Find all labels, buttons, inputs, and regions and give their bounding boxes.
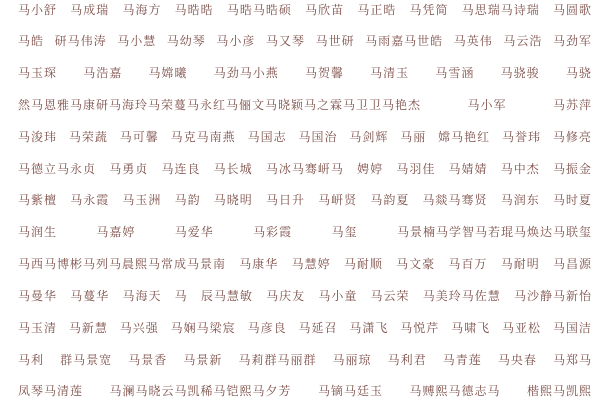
name-group: 马文豪 <box>396 255 435 272</box>
name-group: 马誉玮 <box>502 128 541 145</box>
name-group: 马劲军 <box>553 32 592 49</box>
name-group: 马悦芹 <box>400 319 439 336</box>
name-group: 马海方 <box>122 1 161 18</box>
name-row: 马曼华马蔓华马海天马辰马慧敏马庆友马小童马云荣马美玲马佐慧马沙静马新怡 <box>18 280 592 310</box>
name-group: 马连良 <box>161 160 200 177</box>
name-group: 凤琴马清莲 <box>18 382 83 399</box>
name-group: 马小舒 <box>18 1 57 18</box>
name-group: 马修亮 <box>553 128 592 145</box>
name-group: 马嫦曦 <box>148 64 187 81</box>
name-group: 马国洁 <box>553 319 592 336</box>
name-group: 马岍贤 <box>318 191 357 208</box>
name-group: 马潇飞 <box>349 319 388 336</box>
name-group: 马曼华 <box>18 287 57 304</box>
name-group: 马羽佳 <box>396 160 435 177</box>
name-group: 马延召 <box>298 319 337 336</box>
name-group: 马正晧 <box>357 1 396 18</box>
name-group: 马沙静马新怡 <box>514 287 592 304</box>
name-group: 马国志 <box>248 128 287 145</box>
name-group: 马英伟 <box>454 32 493 49</box>
name-group: 马勇贞 <box>109 160 148 177</box>
name-group: 马蔓华 <box>70 287 109 304</box>
name-group: 马德立马永贞 <box>18 160 96 177</box>
name-group: 马云荣 <box>371 287 410 304</box>
name-group: 马利 <box>18 351 44 368</box>
name-group: 马玉清 <box>18 319 57 336</box>
name-group: 马中杰 <box>501 160 540 177</box>
name-group: 马冰马骞岍马 <box>266 160 344 177</box>
name-group: 马凭简 <box>410 1 449 18</box>
name-group: 嫦马艳红 <box>438 128 490 145</box>
name-group: 马丽 <box>400 128 426 145</box>
name-group: 马韵 <box>175 191 201 208</box>
name-group: 马彩霞 <box>253 223 292 240</box>
name-row: 马小舒马成瑞马海方马晧晧马晧马晧硕马欣苗马正晧马凭简马思瑞马诗瑞马圆歌 <box>18 0 592 24</box>
name-group: 马百万 <box>448 255 487 272</box>
names-grid: 马小舒马成瑞马海方马晧晧马晧马晧硕马欣苗马正晧马凭简马思瑞马诗瑞马圆歌马皓研马伟… <box>0 0 600 400</box>
name-group: 马晓明 <box>214 191 253 208</box>
name-group: 马娴马梁宸 <box>171 319 236 336</box>
name-group: 马小慧 <box>117 32 156 49</box>
name-group: 辰马慧敏 <box>201 287 253 304</box>
name-group: 马雪涵 <box>435 64 474 81</box>
name-group: 马浚玮 <box>18 128 57 145</box>
name-group: 马贺馨 <box>305 64 344 81</box>
name-group: 群马景宽 <box>60 351 112 368</box>
name-row: 马德立马永贞马勇贞马连良马长城马冰马骞岍马娉婷马羽佳马婧婧马中杰马振金 <box>18 153 592 183</box>
name-group: 马慧婷 <box>292 255 331 272</box>
name-row: 然马恩雅马康研马海玲马荣蔓马永红马俪文马晓颖马之霖马卫卫马艳杰马小军马苏萍 <box>18 89 592 119</box>
name-group: 马克马南燕 <box>171 128 236 145</box>
name-group: 马耐明 <box>501 255 540 272</box>
name-group: 马康华 <box>239 255 278 272</box>
name-group: 马玉洲 <box>122 191 161 208</box>
name-group: 楷熙马凯熙 <box>527 382 592 399</box>
name-row: 马玉清马新慧马兴强马娴马梁宸马彦良马延召马潇飞马悦芹马啸飞马亚松马国洁 <box>18 312 592 342</box>
name-group: 马圆歌 <box>553 1 592 18</box>
name-group: 马思瑞马诗瑞 <box>462 1 540 18</box>
name-group: 马庆友 <box>266 287 305 304</box>
name-group: 马澜马晓云马凯稀马铠熙马夕芳 <box>109 382 291 399</box>
name-group: 马兴强 <box>120 319 159 336</box>
name-row: 马利群马景宽马景香马景新马莉群马丽群马丽琼马利君马青莲马央春马郑马 <box>18 344 592 374</box>
name-group: 马丽琼 <box>333 351 372 368</box>
name-group: 马西马博彬马列马晨熙马常成马景南 <box>18 255 226 272</box>
name-group: 马浩嘉 <box>83 64 122 81</box>
name-group: 马骁骏 <box>501 64 540 81</box>
name-group: 马润生 <box>18 223 57 240</box>
name-group: 马可馨 <box>120 128 159 145</box>
name-group: 马苏萍 <box>553 96 592 113</box>
name-group: 马日升 <box>266 191 305 208</box>
name-row: 马润生马嘉婷马爱华马彩霞马玺马景楠马学智马若琨马焕达马联玺 <box>18 217 592 247</box>
name-group: 马骁 <box>566 64 592 81</box>
name-group: 马玉琛 <box>18 64 57 81</box>
name-group: 马新慧 <box>69 319 108 336</box>
name-group: 马海天 <box>122 287 161 304</box>
name-row: 马紫檀马永霞马玉洲马韵马晓明马日升马岍贤马韵夏马燚马骞贤马润东马时夏 <box>18 185 592 215</box>
name-group: 马赙熙马德志马 <box>409 382 500 399</box>
name-group: 马欣苗 <box>305 1 344 18</box>
name-group: 马清玉 <box>370 64 409 81</box>
name-group: 马啸飞 <box>451 319 490 336</box>
name-group: 马劲马小燕 <box>214 64 279 81</box>
name-group: 马皓 <box>18 32 44 49</box>
name-group: 马剑辉 <box>349 128 388 145</box>
name-group: 马韵夏 <box>370 191 409 208</box>
name-group: 马央春 <box>498 351 537 368</box>
name-group: 马亚松 <box>502 319 541 336</box>
name-group: 马郑马 <box>553 351 592 368</box>
name-group: 马小童 <box>318 287 357 304</box>
name-group: 马长城 <box>214 160 253 177</box>
name-group: 马国治 <box>298 128 337 145</box>
name-row: 凤琴马清莲马澜马晓云马凯稀马铠熙马夕芳马镝马廷玉马赙熙马德志马楷熙马凯熙 <box>18 376 592 400</box>
name-row: 马玉琛马浩嘉马嫦曦马劲马小燕马贺馨马清玉马雪涵马骁骏马骁 <box>18 58 592 88</box>
name-group: 马爱华 <box>175 223 214 240</box>
name-group: 马彦良 <box>248 319 287 336</box>
name-group: 马燚马骞贤 <box>423 191 488 208</box>
name-group: 研马伟涛 <box>55 32 107 49</box>
name-group: 马润东 <box>501 191 540 208</box>
name-group: 马小军 <box>467 96 506 113</box>
name-group: 马时夏 <box>553 191 592 208</box>
name-group: 马青莲 <box>443 351 482 368</box>
name-group: 马世研 <box>316 32 355 49</box>
name-group: 马景新 <box>183 351 222 368</box>
name-group: 马镝马廷玉 <box>318 382 383 399</box>
name-group: 马玺 <box>332 223 358 240</box>
name-group: 马荣蔬 <box>69 128 108 145</box>
name-group: 马美玲马佐慧 <box>423 287 501 304</box>
name-group: 然马恩雅马康研马海玲马荣蔓马永红马俪文马晓颖马之霖马卫卫马艳杰 <box>18 96 421 113</box>
name-group: 马利君 <box>388 351 427 368</box>
name-group: 马云浩 <box>503 32 542 49</box>
name-row: 马皓研马伟涛马小慧马幼琴马小彦马又琴马世研马雨嘉马世皓马英伟马云浩马劲军 <box>18 26 592 56</box>
name-row: 马浚玮马荣蔬马可馨马克马南燕马国志马国治马剑辉马丽嫦马艳红马誉玮马修亮 <box>18 121 592 151</box>
name-group: 马 <box>175 287 188 304</box>
name-group: 马晧晧 <box>175 1 214 18</box>
name-group: 马小彦 <box>216 32 255 49</box>
name-row: 马西马博彬马列马晨熙马常成马景南马康华马慧婷马耐顺马文豪马百万马耐明马昌源 <box>18 249 592 279</box>
name-group: 马莉群马丽群 <box>238 351 316 368</box>
name-group: 马嘉婷 <box>96 223 135 240</box>
name-group: 马振金 <box>553 160 592 177</box>
name-group: 马幼琴 <box>167 32 206 49</box>
name-group: 马又琴 <box>266 32 305 49</box>
name-group: 马紫檀 <box>18 191 57 208</box>
name-group: 娉婷 <box>357 160 383 177</box>
name-group: 马晧马晧硕 <box>227 1 292 18</box>
name-group: 马昌源 <box>553 255 592 272</box>
name-group: 马永霞 <box>70 191 109 208</box>
name-group: 马景楠马学智马若琨马焕达马联玺 <box>397 223 592 240</box>
name-group: 马雨嘉马世皓 <box>365 32 443 49</box>
name-group: 马景香 <box>128 351 167 368</box>
name-group: 马婧婧 <box>449 160 488 177</box>
name-group: 马成瑞 <box>70 1 109 18</box>
name-group: 马耐顺 <box>344 255 383 272</box>
